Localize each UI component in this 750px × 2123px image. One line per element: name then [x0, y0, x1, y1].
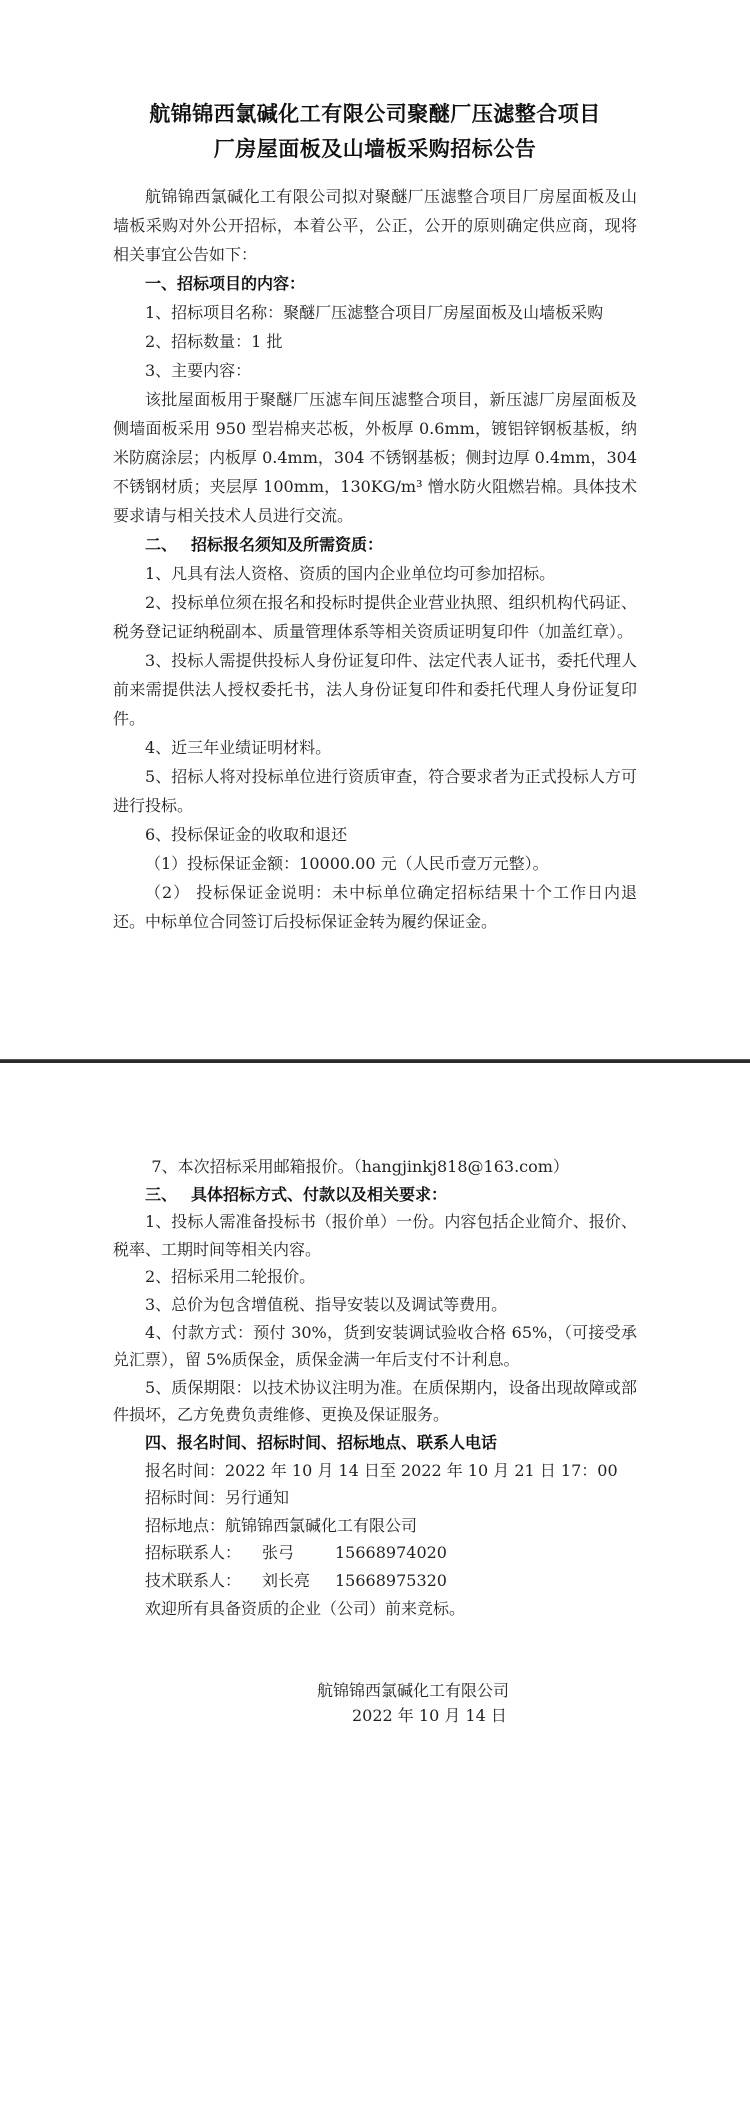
section-2-item-6-2: （2） 投标保证金说明：未中标单位确定招标结果十个工作日内退还。中标单位合同签订… [113, 878, 637, 936]
section-3-heading-number: 三、 [145, 1185, 177, 1204]
section-3-heading: 三、具体招标方式、付款以及相关要求： [113, 1181, 637, 1209]
intro-paragraph: 航锦锦西氯碱化工有限公司拟对聚醚厂压滤整合项目厂房屋面板及山墙板采购对外公开招标… [113, 182, 637, 269]
section-3-item-1: 1、投标人需准备投标书（报价单）一份。内容包括企业简介、报价、税率、工期时间等相… [113, 1208, 637, 1263]
contact-name: 刘长亮 [262, 1567, 335, 1595]
contact-row-bidding: 招标联系人： 张弓 15668974020 [113, 1539, 637, 1567]
section-2-heading-number: 二、 [145, 535, 177, 554]
section-2-item-2: 2、投标单位须在报名和投标时提供企业营业执照、组织机构代码证、税务登记证纳税副本… [113, 588, 637, 646]
section-2-item-5: 5、招标人将对投标单位进行资质审查，符合要求者为正式投标人方可进行投标。 [113, 762, 637, 820]
contact-row-technical: 技术联系人： 刘长亮 15668975320 [113, 1567, 637, 1595]
contact-phone: 15668974020 [335, 1539, 447, 1567]
document-page-2: 7、本次招标采用邮箱报价。（hangjinkj818@163.com） 三、具体… [0, 1064, 750, 2123]
section-3-item-3: 3、总价为包含增值税、指导安装以及调试等费用。 [113, 1291, 637, 1319]
document-title-line-1: 航锦锦西氯碱化工有限公司聚醚厂压滤整合项目 [0, 98, 750, 128]
document-title-line-2: 厂房屋面板及山墙板采购招标公告 [0, 133, 750, 163]
section-2-heading: 二、招标报名须知及所需资质： [113, 530, 637, 559]
section-2-heading-text: 招标报名须知及所需资质： [191, 535, 383, 554]
section-1-item-3: 3、主要内容： [113, 356, 637, 385]
signature-date: 2022 年 10 月 14 日 [352, 1703, 507, 1728]
section-1-item-2: 2、招标数量：1 批 [113, 327, 637, 356]
section-3-item-5: 5、质保期限：以技术协议注明为准。在质保期内，设备出现故障或部件损坏，乙方免费负… [113, 1374, 637, 1429]
section-1-item-3-detail: 该批屋面板用于聚醚厂压滤车间压滤整合项目，新压滤厂房屋面板及侧墙面板采用 950… [113, 385, 637, 530]
section-1-item-1: 1、招标项目名称：聚醚厂压滤整合项目厂房屋面板及山墙板采购 [113, 298, 637, 327]
section-2-item-7: 7、本次招标采用邮箱报价。（hangjinkj818@163.com） [113, 1153, 637, 1181]
document-page-1: 航锦锦西氯碱化工有限公司聚醚厂压滤整合项目 厂房屋面板及山墙板采购招标公告 航锦… [0, 0, 750, 1058]
section-2-item-1: 1、凡具有法人资格、资质的国内企业单位均可参加招标。 [113, 559, 637, 588]
document-body-page-1: 航锦锦西氯碱化工有限公司拟对聚醚厂压滤整合项目厂房屋面板及山墙板采购对外公开招标… [113, 182, 637, 936]
section-3-item-4: 4、付款方式：预付 30%，货到安装调试验收合格 65%，（可接受承兑汇票），留… [113, 1319, 637, 1374]
signature-organization: 航锦锦西氯碱化工有限公司 [317, 1678, 509, 1703]
page-break-divider [0, 1059, 750, 1063]
bidding-time: 招标时间：另行通知 [113, 1484, 637, 1512]
section-2-item-4: 4、近三年业绩证明材料。 [113, 733, 637, 762]
document-body-page-2: 7、本次招标采用邮箱报价。（hangjinkj818@163.com） 三、具体… [113, 1153, 637, 1622]
section-3-heading-text: 具体招标方式、付款以及相关要求： [191, 1185, 447, 1204]
contact-label: 招标联系人： [145, 1539, 262, 1567]
bidding-location: 招标地点：航锦锦西氯碱化工有限公司 [113, 1512, 637, 1540]
welcome-statement: 欢迎所有具备资质的企业（公司）前来竞标。 [113, 1595, 637, 1623]
section-4-heading: 四、报名时间、招标时间、招标地点、联系人电话 [113, 1429, 637, 1457]
section-2-item-6-1: （1）投标保证金额：10000.00 元（人民币壹万元整）。 [113, 849, 637, 878]
section-3-item-2: 2、招标采用二轮报价。 [113, 1263, 637, 1291]
section-2-item-6: 6、投标保证金的收取和退还 [113, 820, 637, 849]
contact-label: 技术联系人： [145, 1567, 262, 1595]
contact-phone: 15668975320 [335, 1567, 447, 1595]
section-1-heading: 一、招标项目的内容： [113, 269, 637, 298]
registration-time: 报名时间：2022 年 10 月 14 日至 2022 年 10 月 21 日 … [113, 1457, 637, 1485]
section-2-item-3: 3、投标人需提供投标人身份证复印件、法定代表人证书，委托代理人前来需提供法人授权… [113, 646, 637, 733]
contact-name: 张弓 [262, 1539, 335, 1567]
